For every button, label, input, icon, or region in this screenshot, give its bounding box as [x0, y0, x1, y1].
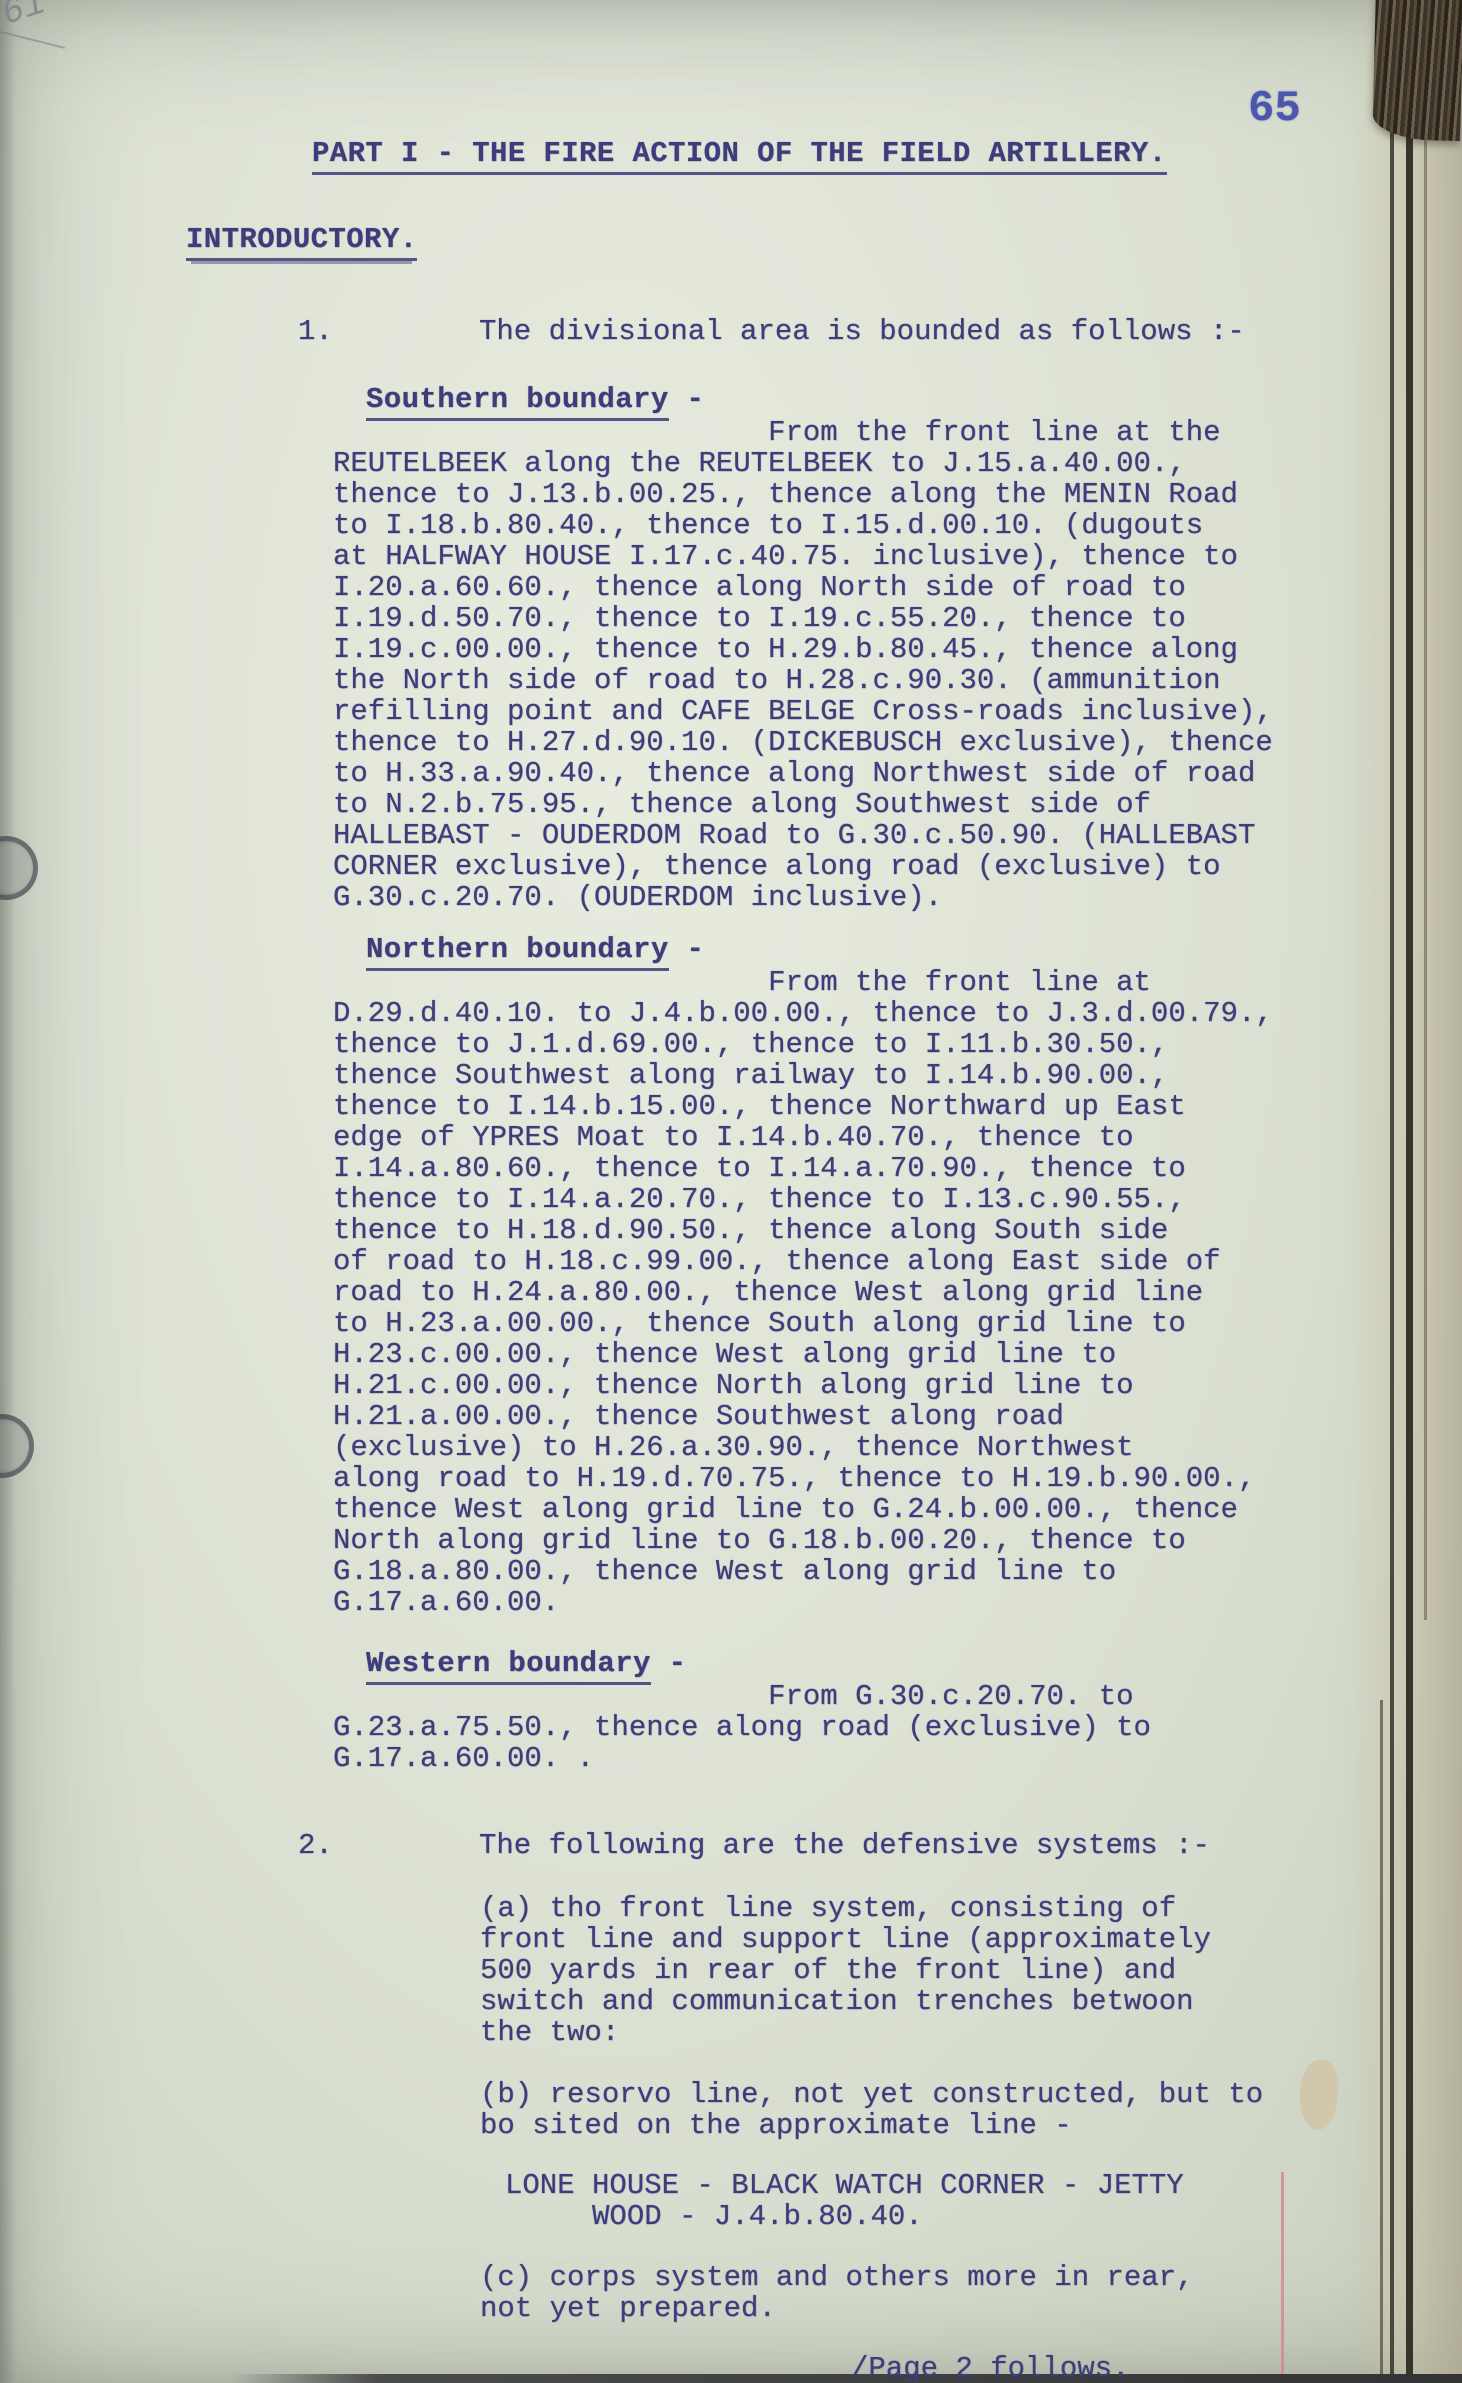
- text-line: refilling point and CAFE BELGE Cross-roa…: [333, 696, 1273, 727]
- text-line: thence to H.18.d.90.50., thence along So…: [333, 1215, 1273, 1246]
- paragraph-1-lead: The divisional area is bounded as follow…: [479, 316, 1245, 347]
- text-line: I.19.c.00.00., thence to H.29.b.80.45., …: [333, 634, 1273, 665]
- text-line: the two:: [480, 2017, 1211, 2048]
- northern-boundary-dash: -: [669, 933, 705, 966]
- text-line: not yet prepared.: [480, 2293, 1194, 2324]
- text-line: (c) corps system and others more in rear…: [480, 2262, 1194, 2293]
- page-title-text: PART I - THE FIRE ACTION OF THE FIELD AR…: [312, 137, 1167, 175]
- northern-boundary-paragraph: From the front line atD.29.d.40.10. to J…: [333, 967, 1273, 1618]
- left-edge-shadow: [0, 0, 16, 2383]
- page-footer-text: /Page 2 follows.: [851, 2352, 1129, 2383]
- western-boundary-dash: -: [651, 1647, 687, 1680]
- torn-paper-fragment: [1300, 2060, 1338, 2130]
- paragraph-2-number: 2.: [298, 1830, 333, 1861]
- western-boundary-heading: Western boundary -: [366, 1648, 686, 1679]
- paragraph-2-lead: The following are the defensive systems …: [479, 1830, 1210, 1861]
- right-page-edge-line: [1406, 0, 1413, 2383]
- northern-boundary-heading: Northern boundary -: [366, 934, 704, 965]
- text-line: From the front line at the: [333, 417, 1273, 448]
- text-line: at HALFWAY HOUSE I.17.c.40.75. inclusive…: [333, 541, 1273, 572]
- text-line: I.20.a.60.60., thence along North side o…: [333, 572, 1273, 603]
- text-line: G.30.c.20.70. (OUDERDOM inclusive).: [333, 882, 1273, 913]
- text-line: REUTELBEEK along the REUTELBEEK to J.15.…: [333, 448, 1273, 479]
- text-line: thence to I.14.a.20.70., thence to I.13.…: [333, 1184, 1273, 1215]
- text-line: thence Southwest along railway to I.14.b…: [333, 1060, 1273, 1091]
- pencil-note: 61: [0, 0, 50, 35]
- text-line: along road to H.19.d.70.75., thence to H…: [333, 1463, 1273, 1494]
- text-line: thence to J.1.d.69.00., thence to I.11.b…: [333, 1029, 1273, 1060]
- binding-edge-top-right: [1372, 0, 1462, 141]
- text-line: front line and support line (approximate…: [480, 1924, 1211, 1955]
- text-line: to N.2.b.75.95., thence along Southwest …: [333, 789, 1273, 820]
- text-line: to I.18.b.80.40., thence to I.15.d.00.10…: [333, 510, 1273, 541]
- text-line: thence to J.13.b.00.25., thence along th…: [333, 479, 1273, 510]
- text-line: H.21.c.00.00., thence North along grid l…: [333, 1370, 1273, 1401]
- item-c-paragraph: (c) corps system and others more in rear…: [480, 2262, 1194, 2324]
- text-line: North along grid line to G.18.b.00.20., …: [333, 1525, 1273, 1556]
- text-line: I.19.d.50.70., thence to I.19.c.55.20., …: [333, 603, 1273, 634]
- reserve-line-locations: LONE HOUSE - BLACK WATCH CORNER - JETTY …: [505, 2170, 1184, 2232]
- right-page-edge-line: [1390, 0, 1394, 2383]
- hole-punch: [0, 836, 38, 900]
- text-line: (a) tho front line system, consisting of: [480, 1893, 1211, 1924]
- page-number: 65: [1248, 84, 1301, 134]
- text-line: G.17.a.60.00. .: [333, 1743, 1151, 1774]
- text-line: G.23.a.75.50., thence along road (exclus…: [333, 1712, 1151, 1743]
- intro-heading-text: INTRODUCTORY.: [186, 223, 417, 261]
- text-line: From the front line at: [333, 967, 1273, 998]
- text-line: From G.30.c.20.70. to: [333, 1681, 1151, 1712]
- bottom-scan-edge: [230, 2374, 1462, 2383]
- right-page-edge-line: [1380, 1700, 1383, 2383]
- western-boundary-paragraph: From G.30.c.20.70. toG.23.a.75.50., then…: [333, 1681, 1151, 1774]
- southern-boundary-paragraph: From the front line at theREUTELBEEK alo…: [333, 417, 1273, 913]
- hole-punch: [0, 1414, 34, 1478]
- southern-boundary-dash: -: [669, 383, 705, 416]
- text-line: CORNER exclusive), thence along road (ex…: [333, 851, 1273, 882]
- text-line: edge of YPRES Moat to I.14.b.40.70., the…: [333, 1122, 1273, 1153]
- text-line: H.21.a.00.00., thence Southwest along ro…: [333, 1401, 1273, 1432]
- text-line: HALLEBAST - OUDERDOM Road to G.30.c.50.9…: [333, 820, 1273, 851]
- pink-crease-line: [1281, 2172, 1284, 2383]
- text-line: (b) resorvo line, not yet constructed, b…: [480, 2079, 1263, 2110]
- document-page: 61 65 PART I - THE FIRE ACTION OF THE FI…: [0, 0, 1462, 2383]
- text-line: road to H.24.a.80.00., thence West along…: [333, 1277, 1273, 1308]
- text-line: bo sited on the approximate line -: [480, 2110, 1263, 2141]
- text-line: thence to H.27.d.90.10. (DICKEBUSCH excl…: [333, 727, 1273, 758]
- text-line: 500 yards in rear of the front line) and: [480, 1955, 1211, 1986]
- text-line: the North side of road to H.28.c.90.30. …: [333, 665, 1273, 696]
- text-line: LONE HOUSE - BLACK WATCH CORNER - JETTY: [505, 2170, 1184, 2201]
- text-line: (exclusive) to H.26.a.30.90., thence Nor…: [333, 1432, 1273, 1463]
- text-line: thence to I.14.b.15.00., thence Northwar…: [333, 1091, 1273, 1122]
- item-a-paragraph: (a) tho front line system, consisting of…: [480, 1893, 1211, 2048]
- intro-heading: INTRODUCTORY.: [186, 224, 417, 255]
- text-line: H.23.c.00.00., thence West along grid li…: [333, 1339, 1273, 1370]
- page-footer: /Page 2 follows.: [851, 2353, 1129, 2383]
- text-line: to H.23.a.00.00., thence South along gri…: [333, 1308, 1273, 1339]
- text-line: I.14.a.80.60., thence to I.14.a.70.90., …: [333, 1153, 1273, 1184]
- text-line: of road to H.18.c.99.00., thence along E…: [333, 1246, 1273, 1277]
- text-line: WOOD - J.4.b.80.40.: [505, 2201, 1184, 2232]
- right-edge-paper-band: [1342, 0, 1462, 2383]
- text-line: to H.33.a.90.40., thence along Northwest…: [333, 758, 1273, 789]
- paragraph-1-number: 1.: [298, 316, 333, 347]
- southern-boundary-heading: Southern boundary -: [366, 384, 704, 415]
- page-title: PART I - THE FIRE ACTION OF THE FIELD AR…: [312, 138, 1167, 169]
- text-line: switch and communication trenches betwoo…: [480, 1986, 1211, 2017]
- right-page-edge-line: [1424, 120, 1427, 1620]
- text-line: G.17.a.60.00.: [333, 1587, 1273, 1618]
- text-line: thence West along grid line to G.24.b.00…: [333, 1494, 1273, 1525]
- text-line: G.18.a.80.00., thence West along grid li…: [333, 1556, 1273, 1587]
- text-line: D.29.d.40.10. to J.4.b.00.00., thence to…: [333, 998, 1273, 1029]
- item-b-paragraph: (b) resorvo line, not yet constructed, b…: [480, 2079, 1263, 2141]
